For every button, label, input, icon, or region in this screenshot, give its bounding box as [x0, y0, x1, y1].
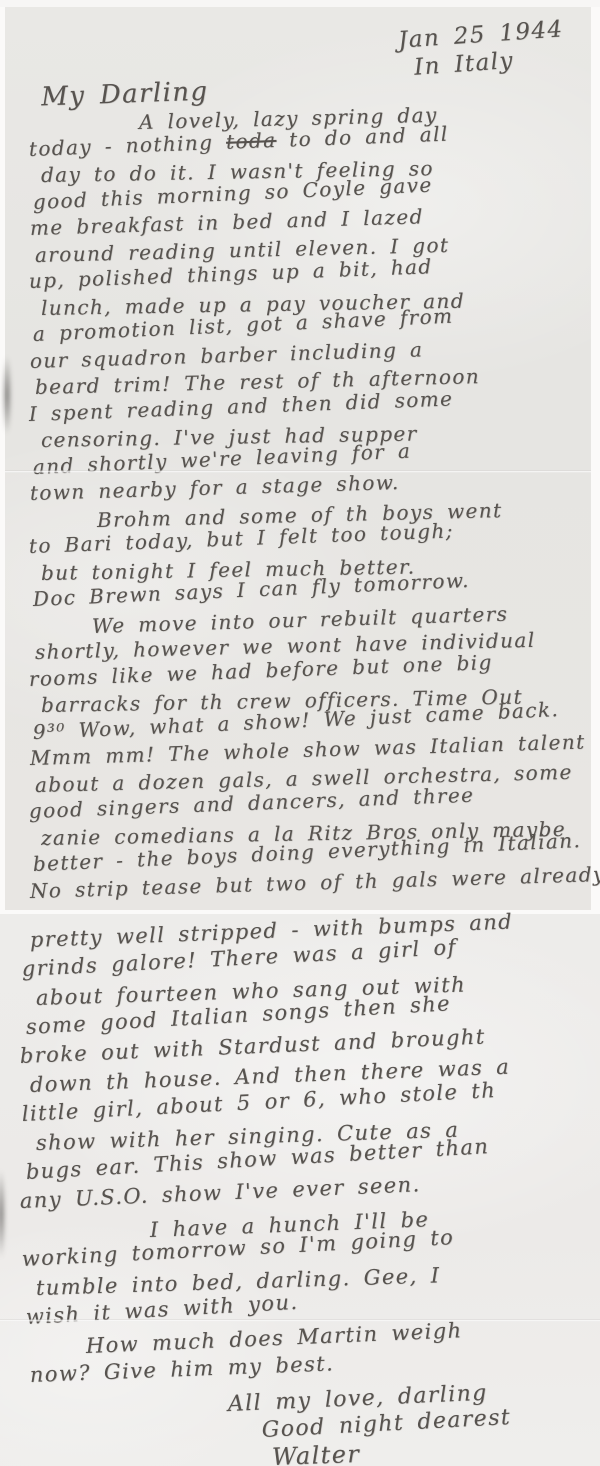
letter-page-2: pretty well stripped - with bumps andgri… — [0, 914, 600, 1466]
letter-scan: Jan 25 1944 In Italy My Darling A lovely… — [0, 7, 600, 1466]
scan-smudge — [2, 355, 12, 435]
scan-smudge — [0, 1169, 6, 1259]
closing-block: All my love, darling Good night dearest … — [20, 1392, 592, 1466]
page1-body: A lovely, lazy spring daytoday - nothing… — [29, 109, 581, 904]
letter-page-1: Jan 25 1944 In Italy My Darling A lovely… — [5, 7, 591, 910]
page2-body: pretty well stripped - with bumps andgri… — [20, 926, 592, 1390]
